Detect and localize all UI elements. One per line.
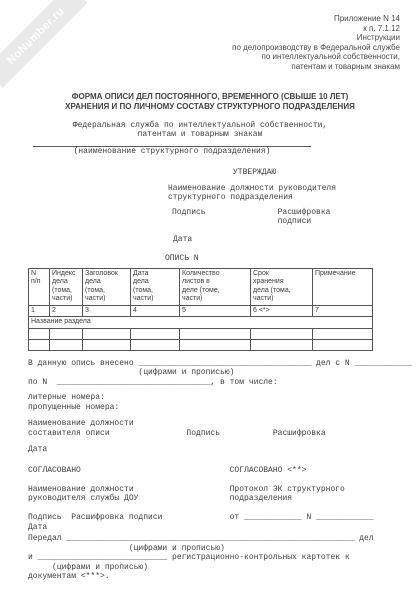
empty-cell [180, 339, 251, 350]
approve-stamp-label: УТВЕРЖДАЮ [233, 168, 420, 178]
empty-table-row [29, 339, 373, 350]
empty-cell [83, 339, 131, 350]
section-title-row: Название раздела [29, 317, 373, 329]
transfer-block: Передал ________________________________… [28, 534, 420, 582]
col-header-cell: Количество листов в деле (томе, части) [180, 268, 251, 305]
col-header-cell: Дата дела (тома, части) [131, 268, 180, 305]
empty-cell [50, 339, 83, 350]
col-header-cell: Примечание [313, 268, 373, 305]
approve-position: Наименование должности руководителя стру… [168, 184, 420, 203]
org-name: Федеральная служба по интеллектуальной с… [28, 121, 372, 140]
empty-table-row [29, 328, 373, 339]
col-header-cell: Срок хранения дела (тома, части) [251, 268, 313, 305]
empty-cell [29, 328, 50, 339]
compiler-date-label: Дата [28, 445, 420, 455]
form-title: ФОРМА ОПИСИ ДЕЛ ПОСТОЯННОГО, ВРЕМЕННОГО … [0, 92, 420, 112]
table-header-row: N п/п Индекс дела (тома, части) Заголово… [29, 268, 373, 305]
empty-cell [50, 328, 83, 339]
org-caption: (наименование структурного подразделения… [33, 147, 311, 157]
col-number-cell: 4 [131, 305, 180, 317]
opis-table: N п/п Индекс дела (тома, части) Заголово… [28, 268, 373, 351]
approve-signature-row: Подпись Расшифровка подписи [172, 208, 420, 227]
empty-cell [131, 328, 180, 339]
empty-cell [180, 328, 251, 339]
empty-cell [83, 328, 131, 339]
empty-cell [313, 339, 373, 350]
compiler-block: Наименование должности составителя описи… [28, 419, 420, 438]
col-header-cell: Индекс дела (тома, части) [50, 268, 83, 305]
agreement-block: СОГЛАСОВАНО СОГЛАСОВАНО <**> Наименовани… [28, 466, 420, 533]
opis-number-label: ОПИСЬ N [165, 254, 420, 264]
col-number-cell: 2 [50, 305, 83, 317]
col-number-cell: 7 [313, 305, 373, 317]
col-number-cell: 1 [29, 305, 50, 317]
empty-cell [131, 339, 180, 350]
numbers-notes: литерные номера: пропущенные номера: [28, 393, 420, 412]
column-number-row: 1 2 3 4 5 6 <*> 7 [29, 305, 373, 317]
empty-cell [251, 339, 313, 350]
entered-summary: В данную опись внесено _________________… [28, 359, 420, 388]
empty-cell [313, 328, 373, 339]
col-header-cell: Заголовок дела (тома, части) [83, 268, 131, 305]
col-number-cell: 3 [83, 305, 131, 317]
col-header-cell: N п/п [29, 268, 50, 305]
approve-date-label: Дата [173, 235, 420, 245]
empty-cell [251, 328, 313, 339]
col-number-cell: 5 [180, 305, 251, 317]
col-number-cell: 6 <*> [251, 305, 313, 317]
document-page: NoNumber.ru Приложение N 14 к п. 7.1.12 … [0, 0, 420, 600]
section-title-cell: Название раздела [29, 317, 373, 329]
empty-cell [29, 339, 50, 350]
